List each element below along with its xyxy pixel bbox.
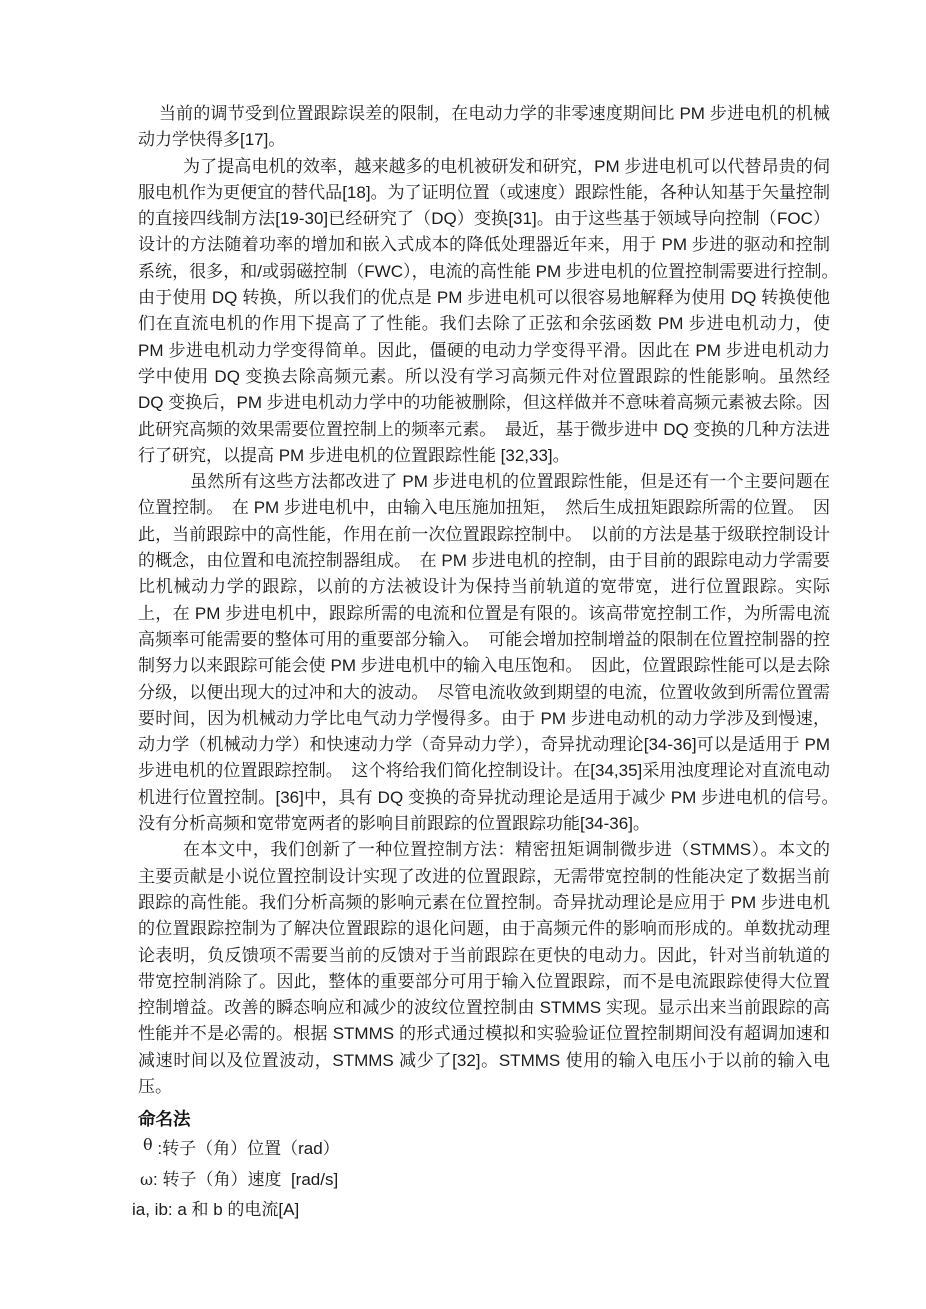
nomenclature-item-theta: θ :转子（角）位置（rad） xyxy=(138,1134,830,1165)
screenshot-root: { "page": { "background_color": "#ffffff… xyxy=(0,0,926,1309)
paragraph-tracking-limitation: 当前的调节受到位置跟踪误差的限制，在电动力学的非零速度期间比 PM 步进电机的机… xyxy=(138,101,830,154)
paragraph-motor-efficiency-dq: 为了提高电机的效率，越来越多的电机被研发和研究，PM 步进电机可以代替昂贵的伺服… xyxy=(138,154,830,470)
paragraph-position-control-problem: 虽然所有这些方法都改进了 PM 步进电机的位置跟踪性能，但是还有一个主要问题在位… xyxy=(138,469,830,837)
nomenclature-item-currents-text: ia, ib: a 和 b 的电流[A] xyxy=(132,1200,299,1219)
paragraph-proposed-stmms: 在本文中，我们创新了一种位置控制方法：精密扭矩调制微步进（STMMS）。本文的主… xyxy=(138,837,830,1100)
nomenclature-item-theta-text: :转子（角）位置（rad） xyxy=(153,1139,340,1158)
nomenclature-item-omega-text: : 转子（角）速度 [rad/s] xyxy=(153,1170,338,1189)
document-text: 当前的调节受到位置跟踪误差的限制，在电动力学的非零速度期间比 PM 步进电机的机… xyxy=(138,101,830,1226)
nomenclature-heading: 命名法 xyxy=(138,1104,830,1134)
document-page: 当前的调节受到位置跟踪误差的限制，在电动力学的非零速度期间比 PM 步进电机的机… xyxy=(0,0,926,1309)
omega-symbol: ω xyxy=(140,1170,153,1189)
nomenclature-item-currents: ia, ib: a 和 b 的电流[A] xyxy=(132,1195,830,1226)
nomenclature-item-omega: ω: 转子（角）速度 [rad/s] xyxy=(138,1165,830,1196)
theta-symbol: θ xyxy=(143,1130,153,1161)
